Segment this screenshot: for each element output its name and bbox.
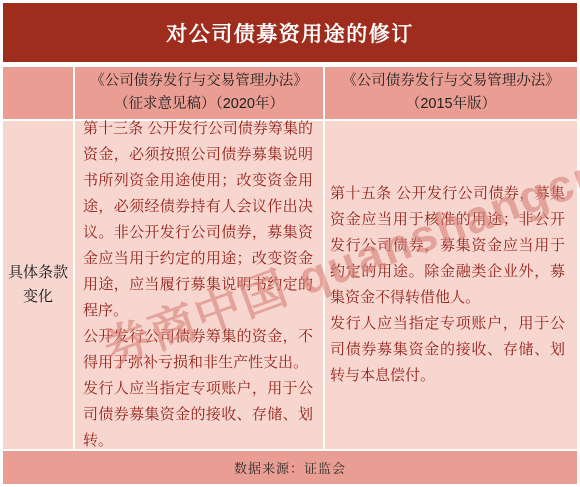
title-bar: 对公司债募资用途的修订 (3, 3, 577, 62)
header-col-2020-draft: 《公司债券发行与交易管理办法》 （征求意见稿）（2020年） (75, 67, 323, 119)
infographic-page: 对公司债募资用途的修订 《公司债券发行与交易管理办法》 （征求意见稿）（2020… (0, 0, 580, 487)
source-footer-bar: 数据来源：证监会 (3, 451, 577, 484)
body-cell-2015-version: 第十五条 公开发行公司债券，募集资金应当用于核准的用途；非公开发行公司债券，募集… (325, 121, 577, 449)
header-2015-line1: 《公司债券发行与交易管理办法》 (342, 70, 560, 93)
data-source-text: 数据来源：证监会 (234, 458, 346, 477)
draft-paragraph-3: 发行人应当指定专项账户，用于公司债券募集资金的接收、存储、划转。 (83, 376, 313, 454)
content-frame: 对公司债募资用途的修订 《公司债券发行与交易管理办法》 （征求意见稿）（2020… (3, 3, 577, 484)
body-cell-2020-draft: 第十三条 公开发行公司债券筹集的资金，必须按照公司债券募集说明书所列资金用途使用… (75, 121, 323, 449)
old-paragraph-2: 发行人应当指定专项账户，用于公司债券募集资金的接收、存储、划转与本息偿付。 (330, 311, 565, 389)
row-label-cell: 具体条款变化 (3, 121, 73, 449)
header-corner-cell (3, 67, 73, 119)
header-2020-line1: 《公司债券发行与交易管理办法》 (90, 70, 308, 93)
header-2015-line2: （2015年版） (406, 93, 496, 116)
page-title: 对公司债募资用途的修订 (166, 18, 414, 48)
old-paragraph-1: 第十五条 公开发行公司债券，募集资金应当用于核准的用途；非公开发行公司债券，募集… (330, 181, 565, 311)
header-col-2015-version: 《公司债券发行与交易管理办法》 （2015年版） (325, 67, 577, 119)
draft-paragraph-1: 第十三条 公开发行公司债券筹集的资金，必须按照公司债券募集说明书所列资金用途使用… (83, 116, 313, 324)
comparison-table: 《公司债券发行与交易管理办法》 （征求意见稿）（2020年） 《公司债券发行与交… (3, 67, 577, 484)
row-label: 具体条款变化 (6, 261, 70, 309)
draft-paragraph-2: 公开发行公司债券筹集的资金，不得用于弥补亏损和非生产性支出。 (83, 324, 313, 376)
header-2020-line2: （征求意见稿）（2020年） (114, 93, 284, 116)
